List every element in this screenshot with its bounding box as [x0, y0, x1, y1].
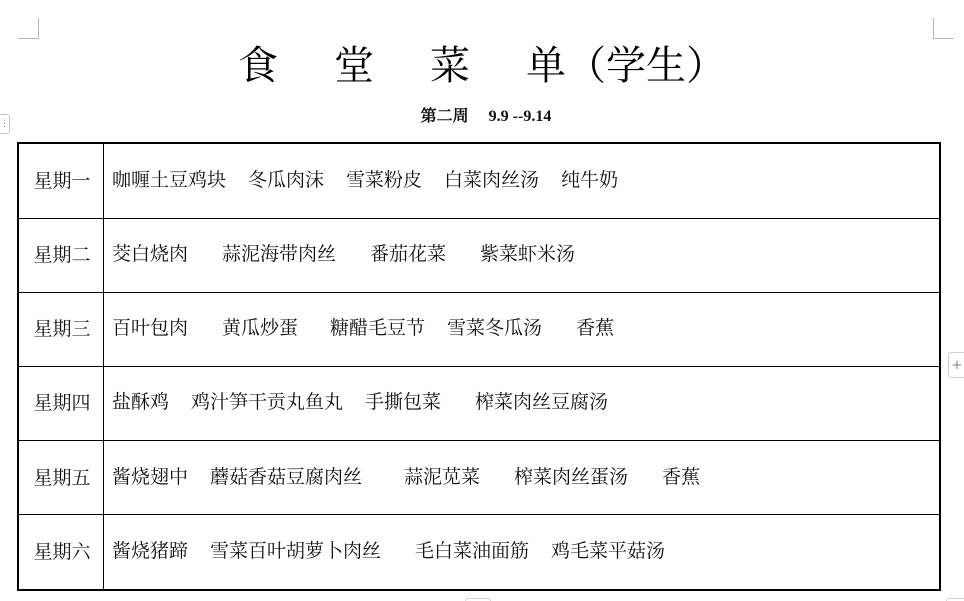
page-corner-mark-top-right: [933, 18, 954, 39]
title-char: 堂: [334, 40, 374, 92]
dish: 香蕉: [662, 465, 700, 489]
dish: 雪菜粉皮: [346, 168, 422, 192]
dish: 雪菜百叶胡萝卜肉丝: [210, 539, 381, 563]
dish: 冬瓜肉沫: [248, 168, 324, 192]
page-subtitle: 第二周9.9 --9.14: [0, 106, 964, 127]
dish: 咖喱土豆鸡块: [112, 168, 226, 192]
dish: 白菜肉丝汤: [444, 168, 539, 192]
day-cell[interactable]: 星期三: [18, 292, 104, 366]
day-cell[interactable]: 星期一: [18, 143, 104, 218]
dish: 糖醋毛豆节: [330, 316, 425, 340]
dish: 鸡汁笋干贡丸鱼丸: [191, 390, 343, 414]
title-char: 菜: [430, 40, 470, 92]
dish: 纯牛奶: [561, 168, 618, 192]
dishes-cell[interactable]: 盐酥鸡鸡汁笋干贡丸鱼丸手撕包菜榨菜肉丝豆腐汤: [104, 366, 941, 440]
dish: 毛白菜油面筋: [415, 539, 529, 563]
page-title: 食堂菜单（学生）: [0, 40, 964, 92]
dish: 蘑菇香菇豆腐肉丝: [210, 465, 362, 489]
dish: 紫菜虾米汤: [480, 242, 575, 266]
title-char: 食: [238, 40, 278, 92]
table-row: 星期二 茭白烧肉蒜泥海带肉丝番茄花菜紫菜虾米汤: [18, 218, 940, 292]
dishes-cell[interactable]: 百叶包肉黄瓜炒蛋糖醋毛豆节雪菜冬瓜汤香蕉: [104, 292, 941, 366]
dish: 雪菜冬瓜汤: [447, 316, 542, 340]
dish: 蒜泥苋菜: [404, 465, 480, 489]
dish: 鸡毛菜平菇汤: [551, 539, 665, 563]
dish: 茭白烧肉: [112, 242, 188, 266]
dishes-cell[interactable]: 茭白烧肉蒜泥海带肉丝番茄花菜紫菜虾米汤: [104, 218, 941, 292]
dishes-cell[interactable]: 咖喱土豆鸡块冬瓜肉沫雪菜粉皮白菜肉丝汤纯牛奶: [104, 143, 941, 218]
day-cell[interactable]: 星期六: [18, 515, 104, 590]
title-char: 单（学生）: [526, 40, 726, 92]
day-cell[interactable]: 星期二: [18, 218, 104, 292]
dish: 榨菜肉丝豆腐汤: [475, 390, 608, 414]
dish: 手撕包菜: [365, 390, 441, 414]
day-cell[interactable]: 星期五: [18, 441, 104, 515]
dishes-cell[interactable]: 酱烧猪蹄雪菜百叶胡萝卜肉丝毛白菜油面筋鸡毛菜平菇汤: [104, 515, 941, 590]
dish: 番茄花菜: [370, 242, 446, 266]
page-corner-mark-top-left: [18, 18, 39, 39]
day-cell[interactable]: 星期四: [18, 366, 104, 440]
dish: 榨菜肉丝蛋汤: [514, 465, 628, 489]
dish: 黄瓜炒蛋: [222, 316, 298, 340]
table-row: 星期六 酱烧猪蹄雪菜百叶胡萝卜肉丝毛白菜油面筋鸡毛菜平菇汤: [18, 515, 940, 590]
dish: 酱烧猪蹄: [112, 539, 188, 563]
dishes-cell[interactable]: 酱烧翅中蘑菇香菇豆腐肉丝蒜泥苋菜榨菜肉丝蛋汤香蕉: [104, 441, 941, 515]
table-row: 星期一 咖喱土豆鸡块冬瓜肉沫雪菜粉皮白菜肉丝汤纯牛奶: [18, 143, 940, 218]
table-row: 星期五 酱烧翅中蘑菇香菇豆腐肉丝蒜泥苋菜榨菜肉丝蛋汤香蕉: [18, 441, 940, 515]
plus-icon: +: [952, 358, 963, 373]
week-label: 第二周: [421, 106, 469, 125]
menu-table: 星期一 咖喱土豆鸡块冬瓜肉沫雪菜粉皮白菜肉丝汤纯牛奶 星期二 茭白烧肉蒜泥海带肉…: [17, 142, 941, 591]
dish: 蒜泥海带肉丝: [222, 242, 336, 266]
table-row: 星期三 百叶包肉黄瓜炒蛋糖醋毛豆节雪菜冬瓜汤香蕉: [18, 292, 940, 366]
add-column-button[interactable]: +: [948, 352, 964, 378]
dish: 酱烧翅中: [112, 465, 188, 489]
dish: 百叶包肉: [112, 316, 188, 340]
date-range: 9.9 --9.14: [489, 108, 552, 125]
dish: 香蕉: [576, 316, 614, 340]
dish: 盐酥鸡: [112, 390, 169, 414]
table-row: 星期四 盐酥鸡鸡汁笋干贡丸鱼丸手撕包菜榨菜肉丝豆腐汤: [18, 366, 940, 440]
